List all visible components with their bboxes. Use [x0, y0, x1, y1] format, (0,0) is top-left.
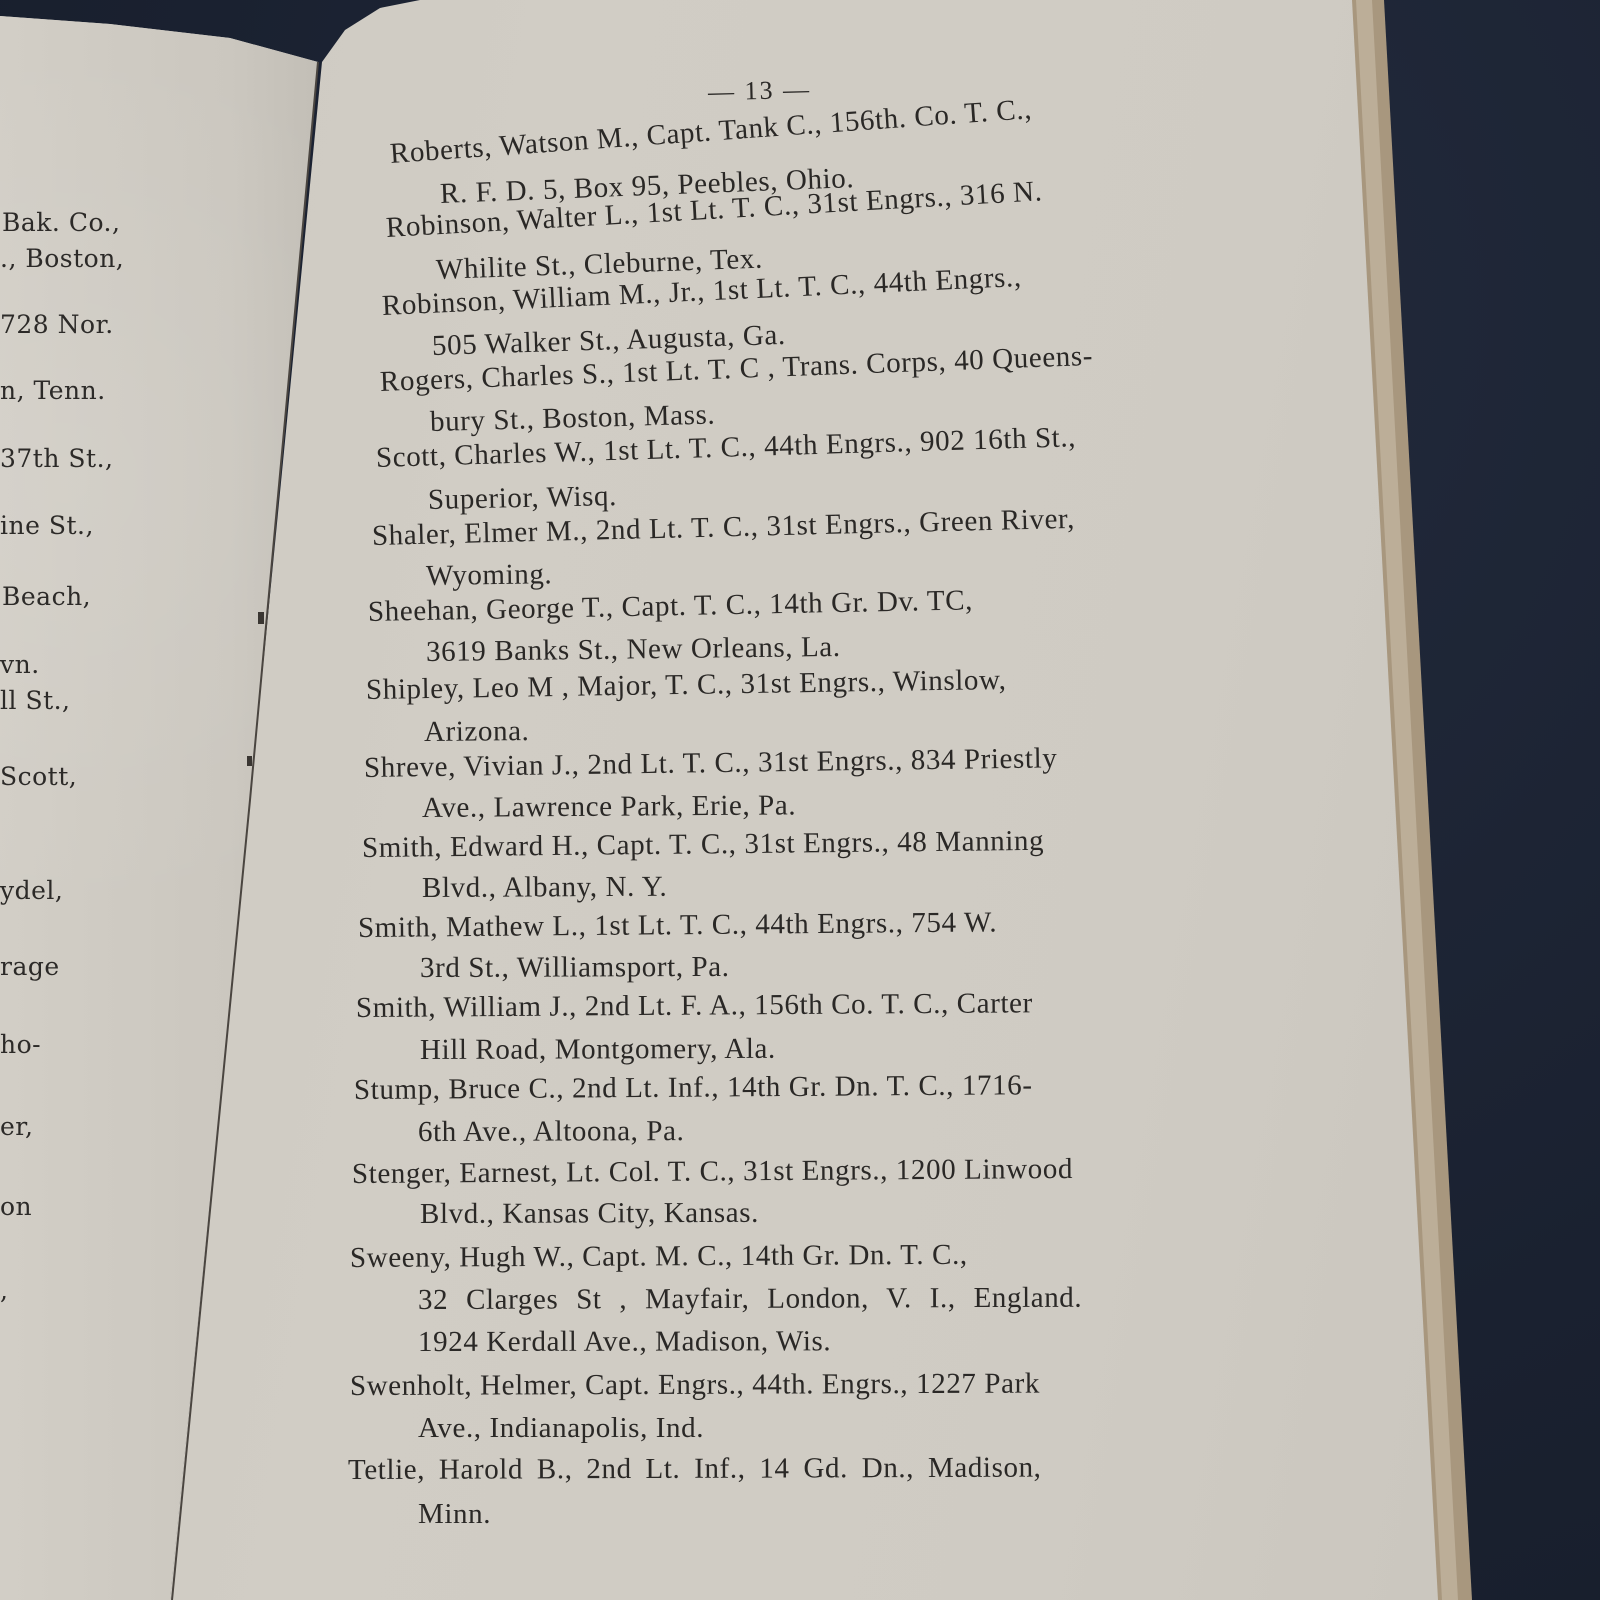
entry-line: Hill Road, Montgomery, Ala.: [420, 1033, 776, 1067]
entry-line: Stump, Bruce C., 2nd Lt. Inf., 14th Gr. …: [354, 1069, 1033, 1107]
entry-line: Smith, Edward H., Capt. T. C., 31st Engr…: [362, 825, 1045, 865]
entry-line: Blvd., Albany, N. Y.: [422, 871, 668, 905]
entry-line: Ave., Indianapolis, Ind.: [418, 1412, 704, 1445]
entry-line: Stenger, Earnest, Lt. Col. T. C., 31st E…: [352, 1153, 1073, 1191]
entry-line: Minn.: [418, 1498, 491, 1531]
entry-line: Blvd., Kansas City, Kansas.: [420, 1197, 759, 1231]
entry-line: 3619 Banks St., New Orleans, La.: [426, 631, 841, 669]
entry-line: 1924 Kerdall Ave., Madison, Wis.: [418, 1325, 831, 1359]
entry-line: Tetlie, Harold B., 2nd Lt. Inf., 14 Gd. …: [348, 1452, 1042, 1487]
entry-line: Smith, William J., 2nd Lt. F. A., 156th …: [356, 987, 1033, 1025]
entry-line: Ave., Lawrence Park, Erie, Pa.: [422, 789, 796, 825]
directory-page: — 13 — Roberts, Watson M., Capt. Tank C.…: [0, 0, 1600, 1600]
book-photo: Bak. Co., ., Boston, 728 Nor. n, Tenn. 3…: [0, 0, 1600, 1600]
entry-line: Sweeny, Hugh W., Capt. M. C., 14th Gr. D…: [350, 1239, 968, 1275]
entry-line: Arizona.: [424, 715, 530, 749]
entry-line: Smith, Mathew L., 1st Lt. T. C., 44th En…: [358, 906, 997, 945]
entry-line: Shreve, Vivian J., 2nd Lt. T. C., 31st E…: [364, 742, 1058, 785]
page-number: — 13 —: [708, 75, 812, 108]
entry-line: Superior, Wisq.: [428, 480, 618, 517]
entry-line: Wyoming.: [426, 558, 553, 593]
entry-line: Swenholt, Helmer, Capt. Engrs., 44th. En…: [350, 1368, 1040, 1403]
entry-line: 6th Ave., Altoona, Pa.: [418, 1115, 685, 1149]
entry-line: 32 Clarges St , Mayfair, London, V. I., …: [418, 1282, 1082, 1317]
entry-line: 3rd St., Williamsport, Pa.: [420, 951, 730, 985]
entry-line: Shipley, Leo M , Major, T. C., 31st Engr…: [366, 664, 1007, 707]
